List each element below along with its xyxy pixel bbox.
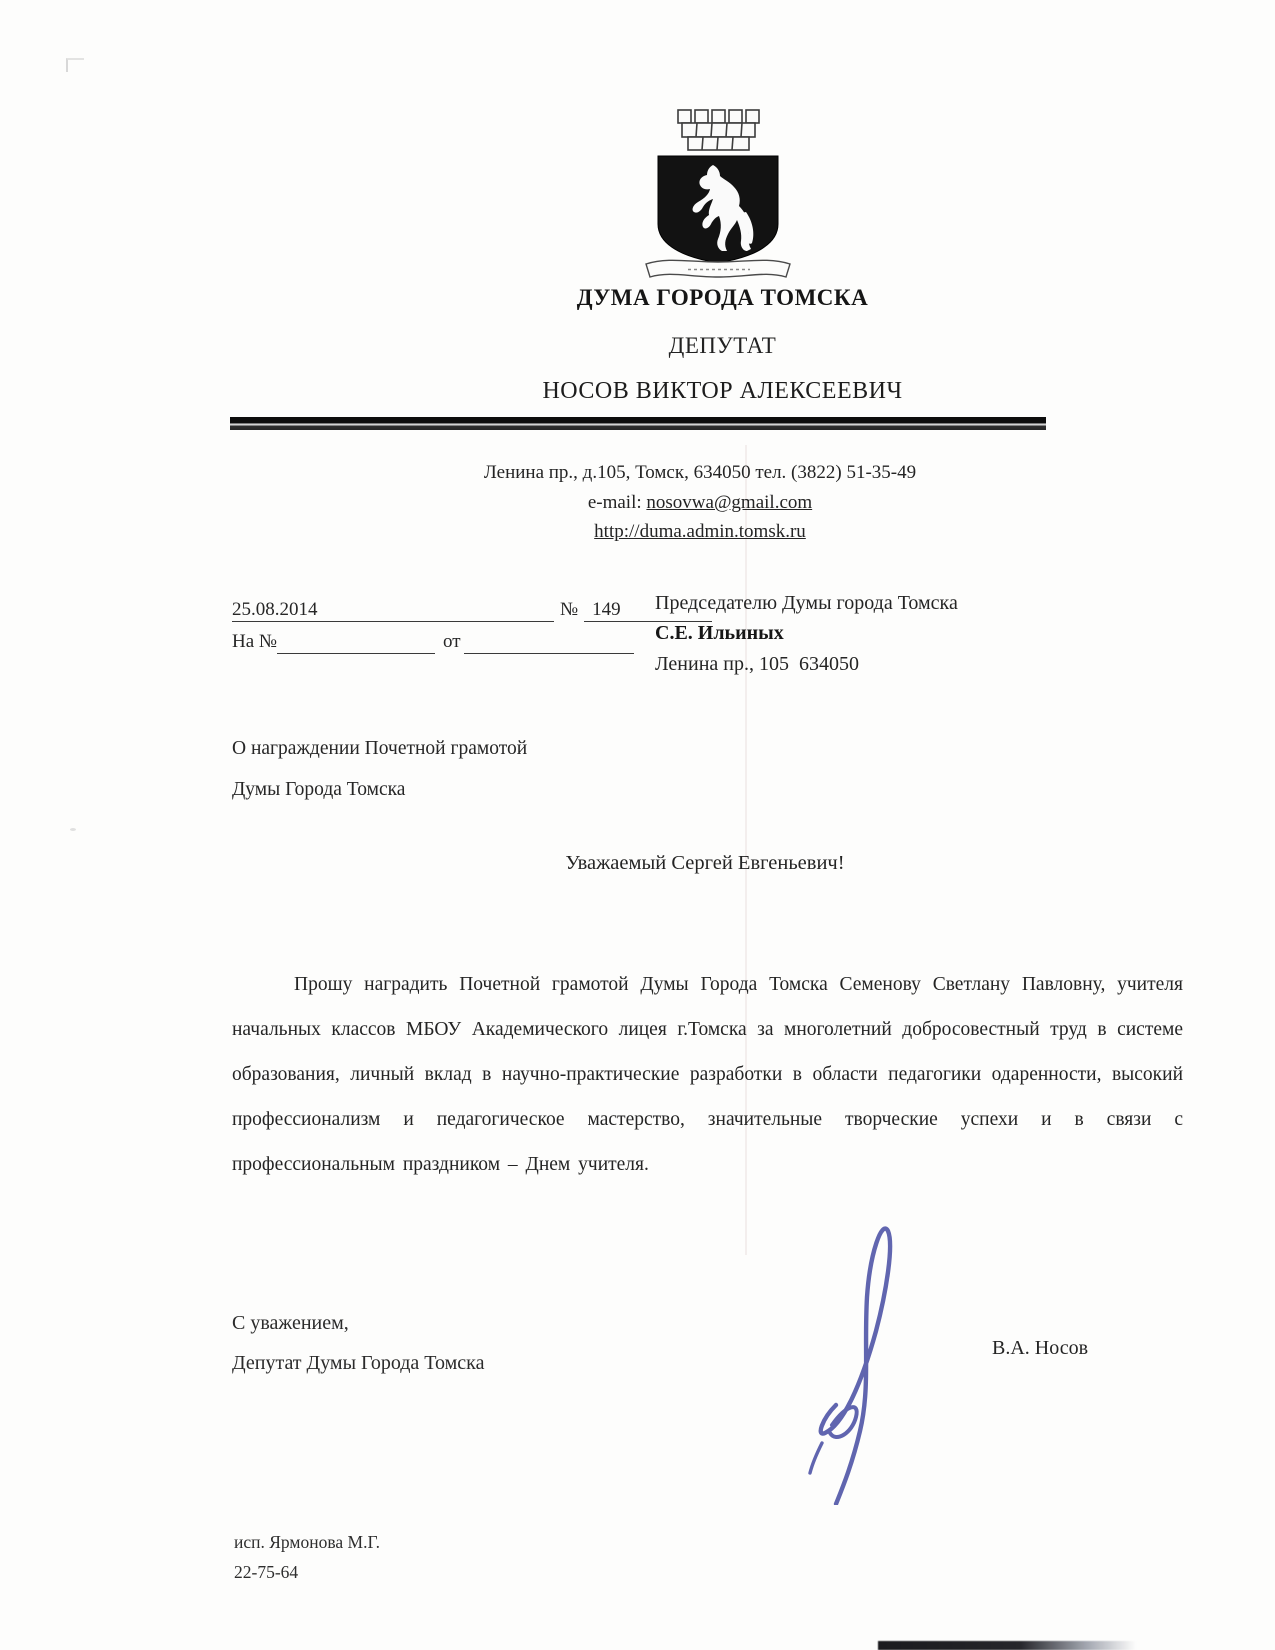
reply-number-field xyxy=(277,631,435,654)
ribbon-icon xyxy=(646,260,790,277)
contact-address-line: Ленина пр., д.105, Томск, 634050 тел. (3… xyxy=(80,462,1275,484)
tomsk-coat-of-arms-icon xyxy=(640,106,796,278)
scan-bottom-artifact xyxy=(878,1641,1136,1650)
scan-corner-artifact xyxy=(66,58,84,72)
contact-website-line: http://duma.admin.tomsk.ru xyxy=(80,521,1275,543)
letter-number: 149 xyxy=(584,599,621,620)
recipient-address: Ленина пр., 105 634050 xyxy=(655,653,859,676)
reply-from-label: от xyxy=(435,631,464,652)
subject-line-2: Думы Города Томска xyxy=(232,779,405,801)
shield-icon xyxy=(658,156,778,273)
deputy-name: НОСОВ ВИКТОР АЛЕКСЕЕВИЧ xyxy=(85,378,1275,405)
reply-number-label: На № xyxy=(232,631,277,652)
crown-icon xyxy=(678,110,759,150)
closing-position: Депутат Думы Города Томска xyxy=(232,1352,484,1375)
letter-body: Прошу наградить Почетной грамотой Думы Г… xyxy=(232,962,1183,1187)
role-title: ДЕПУТАТ xyxy=(85,333,1275,359)
salutation: Уважаемый Сергей Евгеньевич! xyxy=(150,852,1260,875)
number-sign-label: № xyxy=(554,599,584,620)
email-link[interactable]: nosovwa@gmail.com xyxy=(646,492,812,513)
letter-date-field: 25.08.2014 xyxy=(232,599,554,622)
email-label: e-mail: xyxy=(588,492,647,513)
reply-date-field xyxy=(464,631,634,654)
letter-date: 25.08.2014 xyxy=(232,599,318,620)
handwritten-signature xyxy=(792,1193,967,1505)
reference-row-reply: На № от xyxy=(232,631,634,654)
closing-regards: С уважением, xyxy=(232,1312,349,1335)
website-link[interactable]: http://duma.admin.tomsk.ru xyxy=(594,521,806,542)
subject-line-1: О награждении Почетной грамотой xyxy=(232,738,527,760)
executor-phone: 22-75-64 xyxy=(234,1562,298,1583)
recipient-title: Председателю Думы города Томска xyxy=(655,592,958,615)
reference-row-date: 25.08.2014№149 xyxy=(232,599,712,622)
letter-body-paragraph: Прошу наградить Почетной грамотой Думы Г… xyxy=(232,962,1183,1187)
contact-email-line: e-mail: nosovwa@gmail.com xyxy=(80,492,1275,514)
organization-name: ДУМА ГОРОДА ТОМСКА xyxy=(85,285,1275,311)
header-divider xyxy=(230,417,1046,430)
signer-name: В.А. Носов xyxy=(992,1337,1088,1360)
scan-speck xyxy=(70,828,76,831)
recipient-name: С.Е. Ильиных xyxy=(655,622,784,645)
executor-name: исп. Ярмонова М.Г. xyxy=(234,1532,380,1553)
